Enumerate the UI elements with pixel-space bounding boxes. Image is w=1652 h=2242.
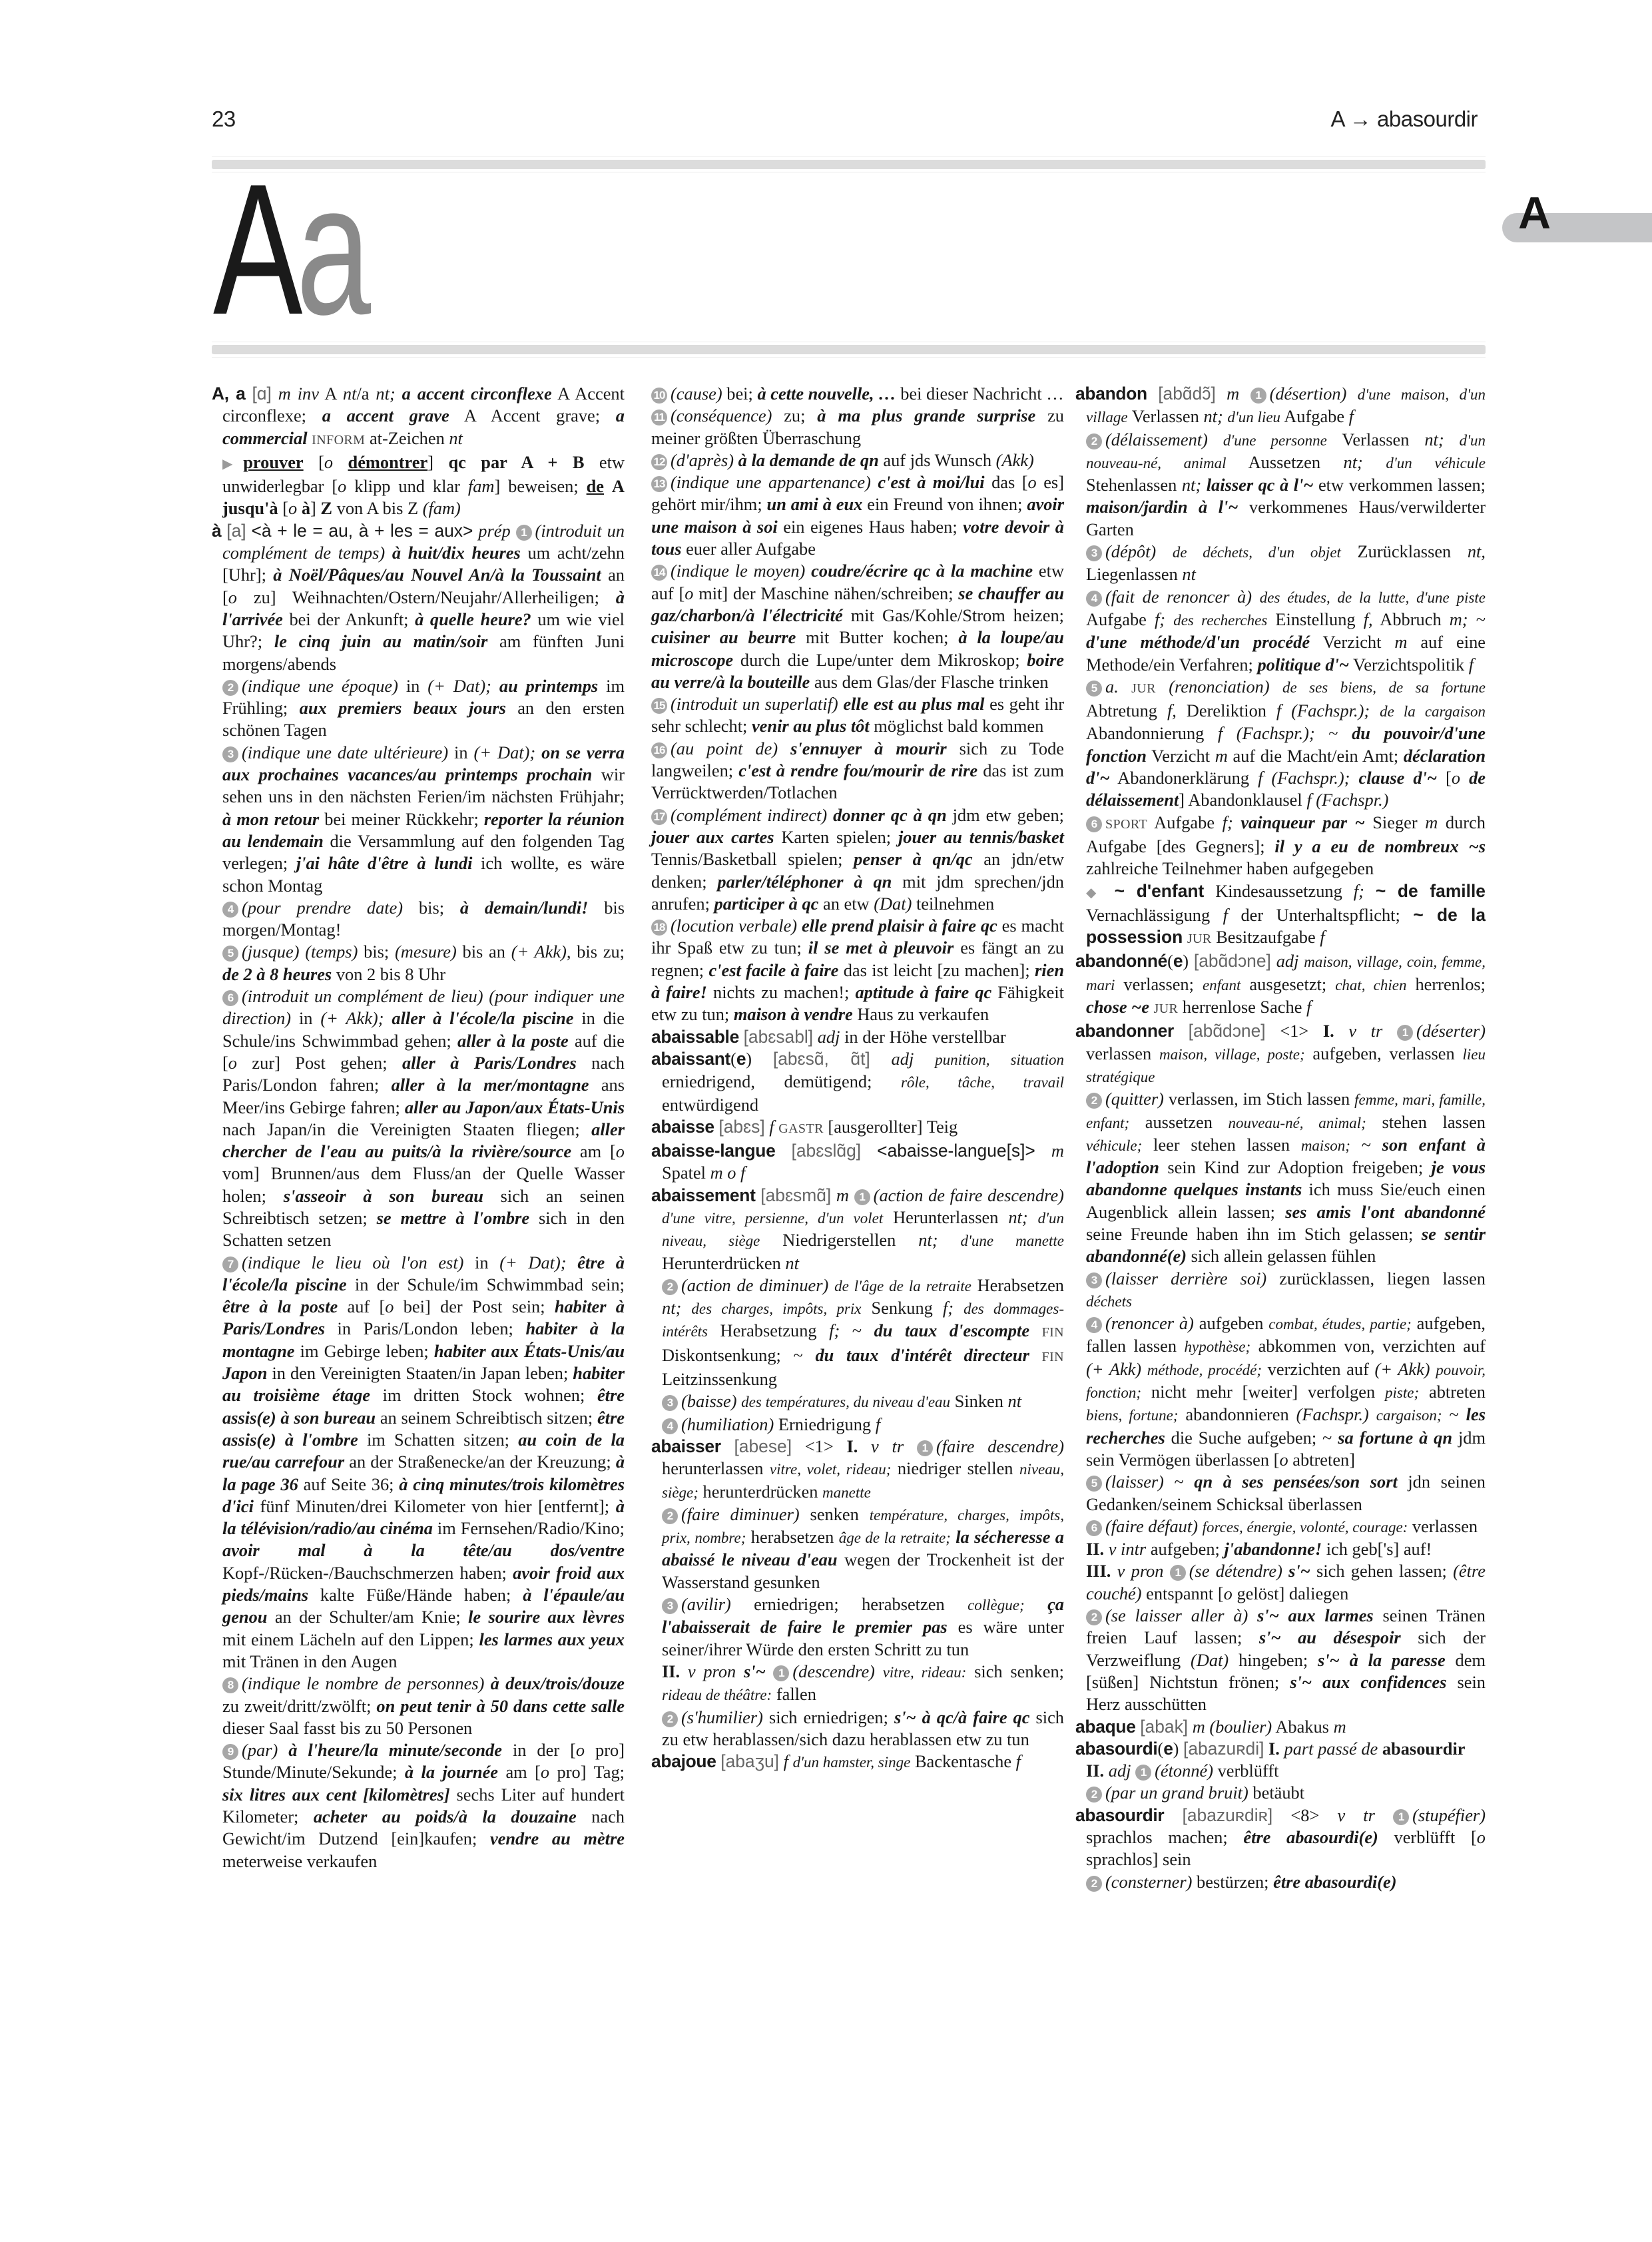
sense-2: 2(quitter) verlassen, im Stich lassen fe… — [1075, 1088, 1486, 1267]
entry-à: à [a] <à + le = au, à + les = aux> prép … — [212, 520, 625, 675]
sense-6: 6(faire défaut) forces, énergie, volonté… — [1075, 1516, 1486, 1538]
sense-5: 5(jusque) (temps) bis; (mesure) bis an (… — [212, 941, 625, 985]
sense-2: 2(délaissement) d'une personne Verlassen… — [1075, 429, 1486, 541]
sense-15: 15(introduit un superlatif) elle est au … — [651, 693, 1064, 738]
sense-2: 2(consterner) bestürzen; être abasourdi(… — [1075, 1871, 1486, 1893]
sense-8: 8(indique le nombre de personnes) à deux… — [212, 1673, 625, 1739]
entry-abasourdir: abasourdir [abazuʀdiʀ] <8> v tr 1(stupéf… — [1075, 1805, 1486, 1871]
entry-abandonné: abandonné(e) [abɑ̃dɔne] adj maison, vill… — [1075, 950, 1486, 1020]
sense-2: 2(se laisser aller à) s'~ aux larmes sei… — [1075, 1605, 1486, 1715]
sense-II: II. adj 1(étonné) verblüfft — [1075, 1760, 1486, 1782]
running-head: A → abasourdir — [1331, 107, 1478, 132]
sense-4: 4(humiliation) Erniedrigung f — [651, 1414, 1064, 1436]
entry-abajoue: abajoue [abaʒu] f d'un hamster, singe Ba… — [651, 1751, 1064, 1773]
sense-2: 2(faire diminuer) senken température, ch… — [651, 1504, 1064, 1593]
sense-III: III. v pron 1(se détendre) s'~ sich gehe… — [1075, 1560, 1486, 1605]
sense-II: II. v pron s'~ 1(descendre) vitre, ridea… — [651, 1661, 1064, 1707]
sense-5: 5a. JUR (renonciation) de ses biens, de … — [1075, 676, 1486, 812]
section-letter-upper: A — [213, 170, 298, 330]
sense-17: 17(complément indirect) donner qc à qn j… — [651, 804, 1064, 915]
entry-abaque: abaque [abak] m (boulier) Abakus m — [1075, 1716, 1486, 1738]
sense-2: 2(s'humilier) sich erniedrigen; s'~ à qc… — [651, 1707, 1064, 1751]
sense-3: 3(baisse) des températures, du niveau d'… — [651, 1390, 1064, 1413]
column-2: 10(cause) bei; à cette nouvelle, … bei d… — [651, 383, 1064, 1773]
sense-5: 5(laisser) ~ qn à ses pensées/son sort j… — [1075, 1471, 1486, 1516]
entry-abasourdi: abasourdi(e) [abazuʀdi] I. part passé de… — [1075, 1738, 1486, 1760]
sense-4: 4(fait de renoncer à) des études, de la … — [1075, 586, 1486, 676]
entry-abaisse-langue: abaisse-langue [abɛslɑ̃g] <abaisse-langu… — [651, 1140, 1064, 1185]
sense-2: 2(par un grand bruit) betäubt — [1075, 1782, 1486, 1804]
sense-6: 6SPORT Aufgabe f; vainqueur par ~ Sieger… — [1075, 812, 1486, 880]
header-rule — [212, 160, 1486, 169]
sense-3: 3(avilir) erniedrigen; herabsetzen collè… — [651, 1593, 1064, 1661]
section-letter-lower: a — [296, 170, 366, 330]
entry-abaissement: abaissement [abɛsmɑ̃] m 1(action de fair… — [651, 1185, 1064, 1274]
compound-block: ◆ ~ d'enfant Kindesaussetzung f; ~ de fa… — [1075, 880, 1486, 951]
sense-11: 11(conséquence) zu; à ma plus grande sur… — [651, 405, 1064, 449]
entry-abaissable: abaissable [abɛsabl] adj in der Höhe ver… — [651, 1026, 1064, 1048]
sense-II: II. v intr aufgeben; j'abandonne! ich ge… — [1075, 1538, 1486, 1560]
sense-14: 14(indique le moyen) coudre/écrire qc à … — [651, 560, 1064, 693]
sense-4: 4(renoncer à) aufgeben combat, études, p… — [1075, 1312, 1486, 1471]
sense-7: 7(indique le lieu où l'on est) in (+ Dat… — [212, 1252, 625, 1673]
dictionary-columns: A, a [ɑ] m inv A nt/a nt; a accent circo… — [212, 383, 1486, 2127]
sense-16: 16(au point de) s'ennuyer à mourir sich … — [651, 738, 1064, 804]
sense-2: 2(action de diminuer) de l'âge de la ret… — [651, 1274, 1064, 1390]
sense-13: 13(indique une appartenance) c'est à moi… — [651, 471, 1064, 560]
sense-18: 18(locution verbale) elle prend plaisir … — [651, 915, 1064, 1025]
column-3: abandon [abɑ̃dɔ̃] m 1(désertion) d'une m… — [1075, 383, 1486, 1893]
sense-2: 2(indique une époque) in (+ Dat); au pri… — [212, 675, 625, 742]
entry-abandon: abandon [abɑ̃dɔ̃] m 1(désertion) d'une m… — [1075, 383, 1486, 429]
entry-abaissant: abaissant(e) [abɛsɑ̃, ɑ̃t] adj punition,… — [651, 1048, 1064, 1116]
sense-3: 3(laisser derrière soi) zurücklassen, li… — [1075, 1268, 1486, 1313]
sense-3: 3(indique une date ultérieure) in (+ Dat… — [212, 742, 625, 897]
section-letters: Aa — [213, 170, 394, 330]
entry-abaisse: abaisse [abɛs] f GASTR [ausgerollter] Te… — [651, 1116, 1064, 1140]
sense-3: 3(dépôt) de déchets, d'un objet Zurückla… — [1075, 541, 1486, 586]
page-number: 23 — [212, 107, 236, 132]
sense-badge: 1 — [516, 525, 532, 541]
sense-4: 4(pour prendre date) bis; à demain/lundi… — [212, 897, 625, 942]
section-rule — [212, 345, 1486, 354]
entry-abandonner: abandonner [abɑ̃dɔne] <1> I. v tr 1(dése… — [1075, 1020, 1486, 1088]
column-1: A, a [ɑ] m inv A nt/a nt; a accent circo… — [212, 383, 625, 1872]
sense-6: 6(introduit un complément de lieu) (pour… — [212, 985, 625, 1252]
entry-A: A, a [ɑ] m inv A nt/a nt; a accent circo… — [212, 383, 625, 520]
thumb-index-letter: A — [1518, 190, 1551, 236]
sense-10: 10(cause) bei; à cette nouvelle, … bei d… — [651, 383, 1064, 405]
entry-abaisser: abaisser [abese] <1> I. v tr 1(faire des… — [651, 1436, 1064, 1504]
sense-12: 12(d'après) à la demande de qn auf jds W… — [651, 449, 1064, 471]
sense-9: 9(par) à l'heure/la minute/seconde in de… — [212, 1739, 625, 1872]
